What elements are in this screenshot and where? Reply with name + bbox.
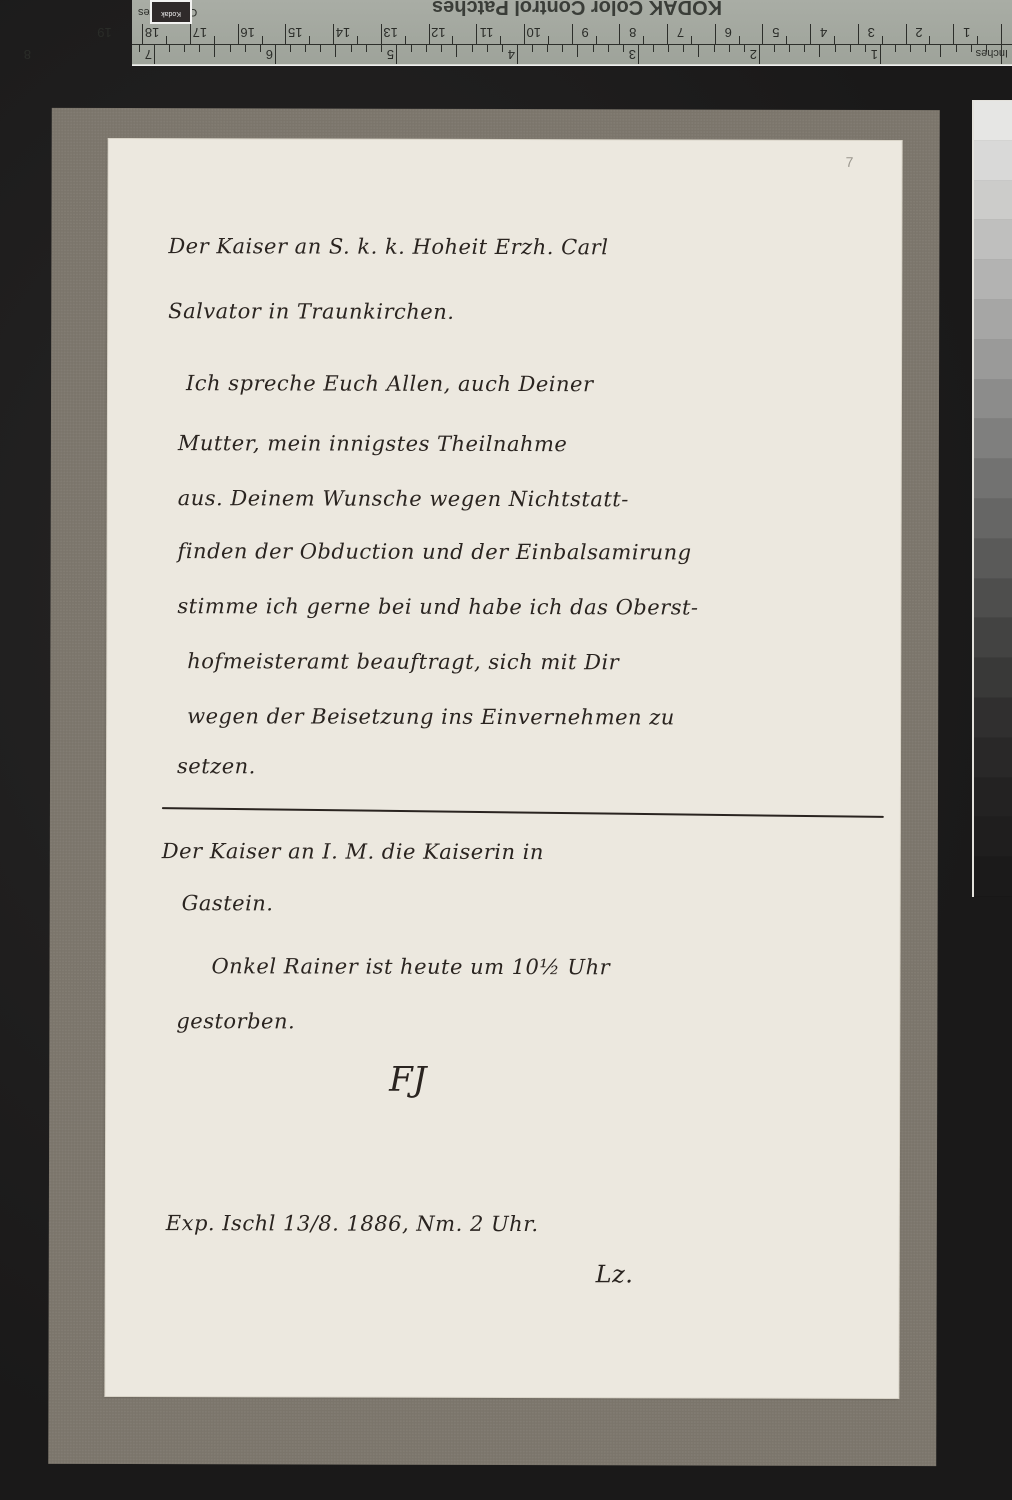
cm-tick-label: 15 — [288, 25, 302, 40]
inch-tick — [578, 45, 579, 57]
inch-tick — [336, 45, 337, 57]
inch-tick — [804, 45, 805, 52]
cm-tick — [596, 36, 597, 44]
inch-tick-label: 8 — [24, 47, 31, 62]
inch-tick — [925, 45, 926, 52]
inch-tick — [502, 45, 503, 52]
section1-heading-line1: Der Kaiser an S. k. k. Hoheit Erzh. Carl — [168, 234, 608, 259]
cm-tick-label: 17 — [193, 25, 207, 40]
grayscale-patch — [974, 817, 1012, 857]
inch-tick — [850, 45, 851, 52]
cm-tick — [238, 24, 239, 44]
grayscale-patch — [974, 101, 1012, 141]
ruler-inches-label: Inches — [976, 47, 1008, 59]
cm-tick — [405, 36, 406, 44]
inch-tick — [562, 45, 563, 52]
inch-tick — [411, 45, 412, 52]
cm-tick — [953, 24, 954, 44]
inch-tick — [215, 45, 216, 57]
inch-tick — [199, 45, 200, 52]
inch-tick-label: 4 — [508, 47, 515, 62]
cm-tick — [500, 36, 501, 44]
inch-tick — [910, 45, 911, 52]
inch-tick — [184, 45, 185, 52]
cm-tick — [214, 36, 215, 44]
grayscale-patch — [974, 340, 1012, 380]
cm-tick — [476, 24, 477, 44]
cm-tick-label: 19 — [97, 25, 111, 40]
inch-tick — [426, 45, 427, 52]
cm-tick — [524, 24, 525, 44]
grayscale-patch — [974, 380, 1012, 420]
grayscale-patch — [974, 778, 1012, 818]
inch-tick-label: 1 — [871, 47, 878, 62]
inch-tick — [865, 45, 866, 52]
cm-tick — [739, 36, 740, 44]
cm-tick — [429, 24, 430, 44]
grayscale-patch — [974, 738, 1012, 778]
inch-tick — [305, 45, 306, 52]
inch-tick-label: 2 — [750, 47, 757, 62]
inch-tick — [820, 45, 821, 57]
section1-body-line: setzen. — [177, 754, 256, 778]
grayscale-patch — [974, 181, 1012, 221]
cm-tick — [977, 36, 978, 44]
section1-heading-line2: Salvator in Traunkirchen. — [168, 299, 454, 324]
section1-body-line: aus. Deinem Wunsche wegen Nichtstatt- — [178, 486, 629, 511]
section1-body-line: finden der Obduction und der Einbalsamir… — [178, 539, 692, 564]
inch-tick-label: 3 — [629, 47, 636, 62]
cm-tick — [834, 36, 835, 44]
section-divider-rule — [162, 807, 884, 818]
cm-tick-label: 16 — [240, 25, 254, 40]
cm-tick — [262, 36, 263, 44]
section1-body-line: wegen der Beisetzung ins Einvernehmen zu — [187, 704, 675, 729]
kodak-logo-icon: Kodak — [150, 0, 192, 24]
inch-tick — [744, 45, 745, 52]
grayscale-patch — [974, 260, 1012, 300]
section2-body-line: gestorben. — [176, 1009, 295, 1033]
cm-tick-label: 11 — [480, 25, 494, 40]
cm-tick — [906, 24, 907, 44]
inch-tick — [835, 45, 836, 52]
cm-tick — [763, 24, 764, 44]
grayscale-patch — [974, 857, 1012, 897]
inch-tick — [1001, 45, 1002, 64]
cm-tick — [810, 24, 811, 44]
section1-body-line: hofmeisteramt beauftragt, sich mit Dir — [187, 649, 619, 674]
inch-tick — [941, 45, 942, 57]
cm-tick-label: 2 — [915, 25, 922, 40]
inch-tick — [593, 45, 594, 52]
cm-tick-label: 6 — [725, 25, 732, 40]
cm-tick — [691, 36, 692, 44]
cm-tick-label: 14 — [336, 25, 350, 40]
cm-tick — [548, 36, 549, 44]
cm-tick — [643, 36, 644, 44]
inch-tick — [230, 45, 231, 52]
inch-tick — [683, 45, 684, 52]
ruler-brand-title: KODAK Color Control Patches — [432, 0, 722, 18]
section1-body-line: Mutter, mein innigstes Theilnahme — [178, 431, 568, 456]
cm-tick-label: 12 — [431, 25, 445, 40]
cm-tick — [381, 24, 382, 44]
cm-tick — [357, 36, 358, 44]
cm-tick-label: 4 — [820, 25, 827, 40]
inch-tick-label: 5 — [387, 47, 394, 62]
inch-tick — [366, 45, 367, 52]
inch-tick — [320, 45, 321, 52]
inch-tick — [351, 45, 352, 52]
grayscale-patch — [974, 300, 1012, 340]
inch-tick — [139, 45, 140, 52]
clerk-initials: Lz. — [596, 1260, 634, 1288]
inch-tick — [638, 45, 639, 64]
expedition-note: Exp. Ischl 13/8. 1886, Nm. 2 Uhr. — [166, 1211, 539, 1236]
inch-tick — [290, 45, 291, 52]
grayscale-patch — [974, 658, 1012, 698]
cm-tick — [882, 36, 883, 44]
inch-tick — [381, 45, 382, 52]
cm-tick — [667, 24, 668, 44]
manuscript-page: 7 Der Kaiser an S. k. k. Hoheit Erzh. Ca… — [105, 139, 901, 1398]
cm-tick — [190, 24, 191, 44]
inch-tick — [699, 45, 700, 57]
grayscale-patch — [974, 459, 1012, 499]
inch-tick — [396, 45, 397, 64]
inch-tick-label: 6 — [266, 47, 273, 62]
cm-tick — [715, 24, 716, 44]
inch-tick-label: 7 — [145, 47, 152, 62]
inch-tick — [169, 45, 170, 52]
inch-tick — [487, 45, 488, 52]
cm-tick — [858, 24, 859, 44]
inch-tick — [260, 45, 261, 52]
cm-tick-label: 9 — [581, 25, 588, 40]
grayscale-patch — [974, 419, 1012, 459]
section2-body-line: Onkel Rainer ist heute um 10½ Uhr — [211, 954, 610, 979]
inch-tick — [880, 45, 881, 64]
inch-tick — [532, 45, 533, 52]
cm-tick — [333, 24, 334, 44]
cm-tick-label: 7 — [677, 25, 684, 40]
inch-tick — [986, 45, 987, 52]
inch-tick — [774, 45, 775, 52]
inch-tick — [895, 45, 896, 52]
cm-tick-label: 5 — [772, 25, 779, 40]
inch-tick — [547, 45, 548, 52]
inch-tick — [714, 45, 715, 52]
section1-body-line: Ich spreche Euch Allen, auch Deiner — [186, 371, 594, 396]
kodak-ruler: Centimetres Inches KODAK Color Control P… — [132, 0, 1012, 65]
imperial-signature-paraph: FJ — [389, 1060, 426, 1100]
cm-tick — [286, 24, 287, 44]
inch-tick — [668, 45, 669, 52]
cm-tick-label: 8 — [629, 25, 636, 40]
inch-tick — [653, 45, 654, 52]
cm-tick — [166, 36, 167, 44]
inch-tick — [789, 45, 790, 52]
inch-tick — [457, 45, 458, 57]
cm-tick — [929, 36, 930, 44]
grayscale-patch — [974, 539, 1012, 579]
cm-tick — [619, 24, 620, 44]
cm-tick-label: 1 — [963, 25, 970, 40]
grayscale-patch — [974, 579, 1012, 619]
inch-tick — [245, 45, 246, 52]
grayscale-patch — [974, 698, 1012, 738]
cm-tick — [1001, 24, 1002, 44]
grayscale-patch — [974, 141, 1012, 181]
section2-heading-line2: Gastein. — [182, 891, 274, 915]
cm-tick — [309, 36, 310, 44]
inch-tick — [517, 45, 518, 64]
inch-tick — [956, 45, 957, 52]
folio-number: 7 — [846, 154, 854, 170]
cm-tick-label: 10 — [527, 25, 541, 40]
inch-tick — [623, 45, 624, 52]
grayscale-patch — [974, 220, 1012, 260]
cm-tick — [786, 36, 787, 44]
inch-tick — [759, 45, 760, 64]
cm-tick — [572, 24, 573, 44]
grayscale-patch — [974, 618, 1012, 658]
inch-tick — [472, 45, 473, 52]
inch-tick — [275, 45, 276, 64]
inch-tick — [729, 45, 730, 52]
section1-body-line: stimme ich gerne bei und habe ich das Ob… — [177, 594, 698, 619]
cm-tick — [452, 36, 453, 44]
cm-tick-label: 13 — [383, 25, 397, 40]
cm-tick-label: 3 — [868, 25, 875, 40]
inch-tick — [154, 45, 155, 64]
cm-tick-label: 18 — [145, 25, 159, 40]
inch-tick — [441, 45, 442, 52]
grayscale-control-strip — [972, 100, 1012, 897]
section2-heading-line1: Der Kaiser an I. M. die Kaiserin in — [162, 839, 544, 864]
cm-tick — [142, 24, 143, 44]
grayscale-patch — [974, 499, 1012, 539]
inch-tick — [608, 45, 609, 52]
inch-tick — [971, 45, 972, 52]
